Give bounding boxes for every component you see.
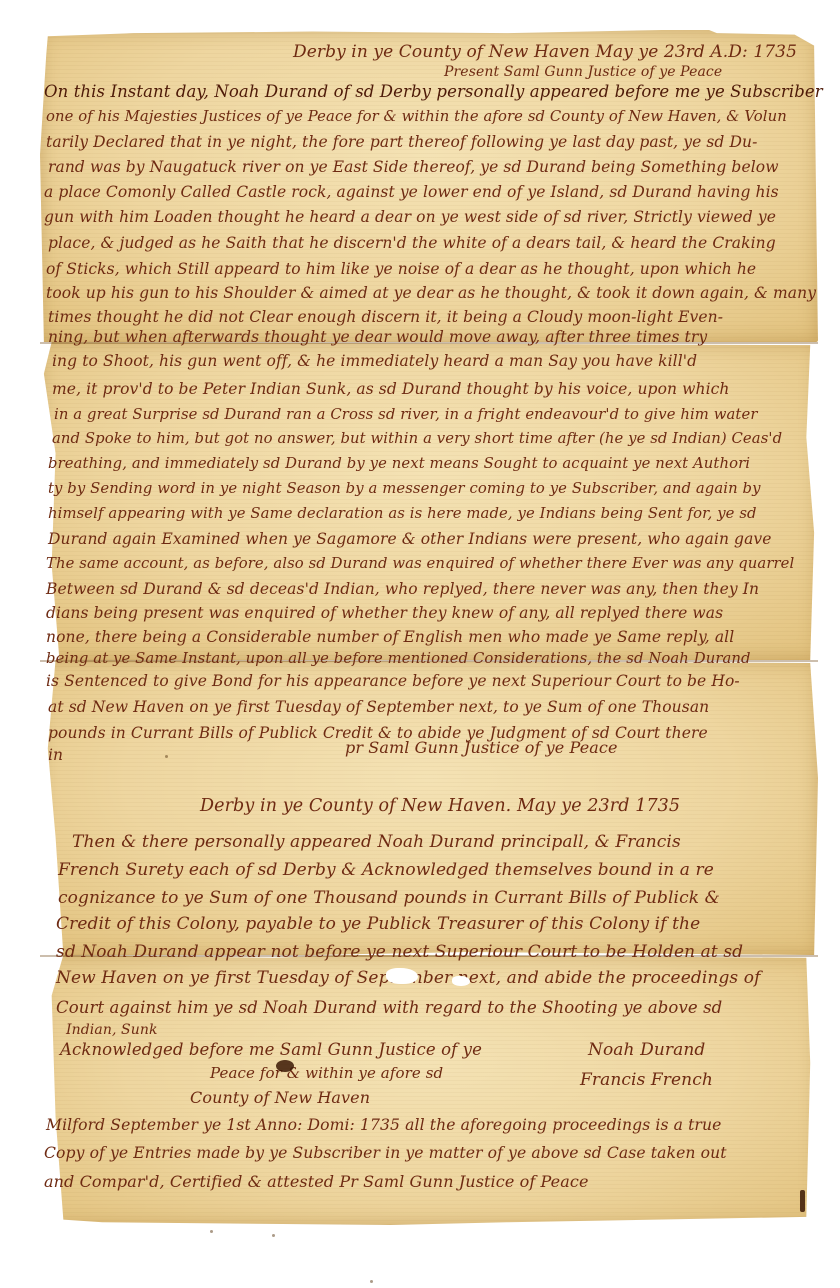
signature-francis-french: Francis French [580, 1070, 713, 1090]
text-line: Milford September ye 1st Anno: Domi: 173… [46, 1116, 721, 1134]
text-line: ning, but when afterwards thought ye dea… [48, 328, 707, 346]
acknowledgment-line: Acknowledged before me Saml Gunn Justice… [60, 1040, 482, 1059]
bond-heading: Derby in ye County of New Haven. May ye … [200, 796, 680, 816]
text-line: times thought he did not Clear enough di… [48, 308, 723, 326]
text-line: sd Noah Durand appear not before ye next… [56, 942, 743, 962]
text-line: ty by Sending word in ye night Season by… [48, 480, 761, 497]
text-line: Court against him ye sd Noah Durand with… [56, 998, 722, 1017]
text-line: is Sentenced to give Bond for his appear… [46, 672, 740, 690]
text-line: none, there being a Considerable number … [46, 628, 734, 646]
text-line: tarily Declared that in ye night, the fo… [46, 133, 757, 151]
text-line: Between sd Durand & sd deceas'd Indian, … [46, 580, 759, 598]
text-line: being at ye Same Instant, upon all ye be… [46, 650, 751, 667]
text-line: cognizance to ye Sum of one Thousand pou… [58, 888, 720, 908]
text-line: Then & there personally appeared Noah Du… [72, 832, 681, 852]
manuscript-sheet: Derby in ye County of New Haven May ye 2… [40, 30, 818, 1225]
paper-hole [452, 976, 470, 986]
text-line: The same account, as before, also sd Dur… [46, 555, 794, 572]
text-line: rand was by Naugatuck river on ye East S… [48, 158, 779, 176]
ink-mark [800, 1190, 805, 1212]
foxing-spot [210, 1230, 213, 1233]
text-line: of Sticks, which Still appeard to him li… [46, 260, 756, 278]
text-line: dians being present was enquired of whet… [46, 604, 723, 622]
signature-noah-durand: Noah Durand [588, 1040, 705, 1060]
text-line: me, it prov'd to be Peter Indian Sunk, a… [52, 380, 730, 398]
text-line: On this Instant day, Noah Durand of sd D… [44, 82, 823, 101]
text-line: in a great Surprise sd Durand ran a Cros… [54, 406, 758, 423]
text-line: and Compar'd, Certified & attested Pr Sa… [44, 1172, 589, 1191]
text-line: ing to Shoot, his gun went off, & he imm… [52, 352, 697, 370]
text-line: himself appearing with ye Same declarati… [48, 505, 757, 522]
acknowledgment-line: County of New Haven [190, 1088, 370, 1107]
ink-blot [276, 1060, 294, 1072]
text-line: a place Comonly Called Castle rock, agai… [44, 183, 779, 201]
text-line: place, & judged as he Saith that he disc… [48, 234, 776, 252]
justice-signature: pr Saml Gunn Justice of ye Peace [345, 738, 618, 757]
text-line: one of his Majesties Justices of ye Peac… [46, 108, 787, 125]
foxing-spot [370, 1280, 373, 1283]
text-line: in [48, 746, 63, 764]
text-line: breathing, and immediately sd Durand by … [48, 455, 750, 472]
text-line: French Surety each of sd Derby & Acknowl… [58, 860, 714, 880]
foxing-spot [165, 755, 168, 758]
text-line: and Spoke to him, but got no answer, but… [52, 430, 782, 447]
text-line: at sd New Haven on ye first Tuesday of S… [48, 698, 709, 716]
text-line: gun with him Loaden thought he heard a d… [44, 208, 776, 226]
record-heading: Derby in ye County of New Haven May ye 2… [293, 42, 797, 62]
text-line: Durand again Examined when ye Sagamore &… [48, 530, 772, 548]
text-line: took up his gun to his Shoulder & aimed … [46, 284, 816, 302]
present-justice: Present Saml Gunn Justice of ye Peace [444, 64, 722, 80]
text-line: Copy of ye Entries made by ye Subscriber… [44, 1144, 727, 1162]
paper-hole [386, 968, 418, 984]
acknowledgment-line: Peace for & within ye afore sd [210, 1064, 443, 1082]
foxing-spot [272, 1234, 275, 1237]
text-line: Indian, Sunk [66, 1022, 158, 1038]
text-line: Credit of this Colony, payable to ye Pub… [56, 914, 700, 934]
